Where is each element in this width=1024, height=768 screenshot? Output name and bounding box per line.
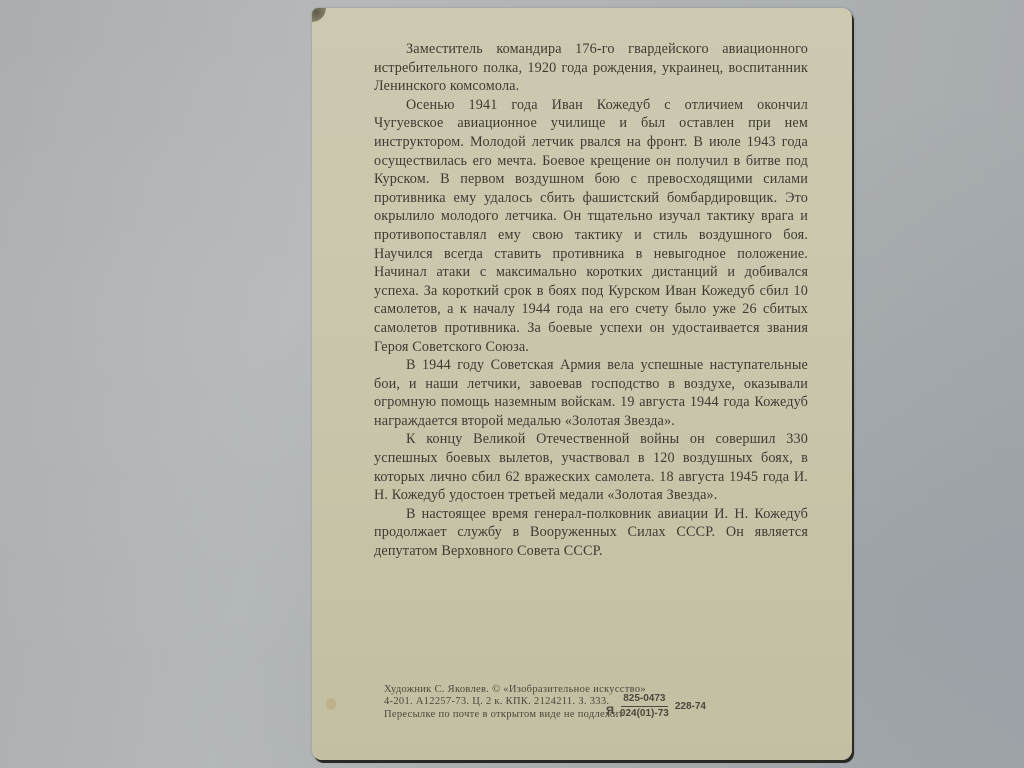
imprint-artist-line: Художник С. Яковлев. © «Изобразительное … <box>384 684 824 696</box>
catalog-fraction: 825-0473 024(01)-73 <box>620 693 669 720</box>
catalog-numerator: 825-0473 <box>621 693 667 707</box>
imprint-catalog-line: 4-201. А12257-73. Ц. 2 к. КПК. 2124211. … <box>384 696 824 708</box>
catalog-denominator: 024(01)-73 <box>620 707 669 720</box>
paragraph-1944: В 1944 году Советская Армия вела успешны… <box>374 356 808 430</box>
paragraph-early-career: Осенью 1941 года Иван Кожедуб с отличием… <box>374 96 808 356</box>
paragraph-intro: Заместитель командира 176-го гвардейског… <box>374 40 808 96</box>
paragraph-war-end: К концу Великой Отечественной войны он с… <box>374 430 808 504</box>
paragraph-present: В настоящее время генерал-полковник авиа… <box>374 505 808 561</box>
postcard-back: Заместитель командира 176-го гвардейског… <box>312 8 852 760</box>
publisher-imprint: Художник С. Яковлев. © «Изобразительное … <box>384 684 824 721</box>
catalog-code: Я 825-0473 024(01)-73 228-74 <box>606 693 706 720</box>
catalog-letter: Я <box>606 705 614 717</box>
biography-text: Заместитель командира 176-го гвардейског… <box>374 40 808 561</box>
catalog-suffix: 228-74 <box>675 701 706 712</box>
imprint-postal-notice: Пересылке по почте в открытом виде не по… <box>384 709 824 721</box>
